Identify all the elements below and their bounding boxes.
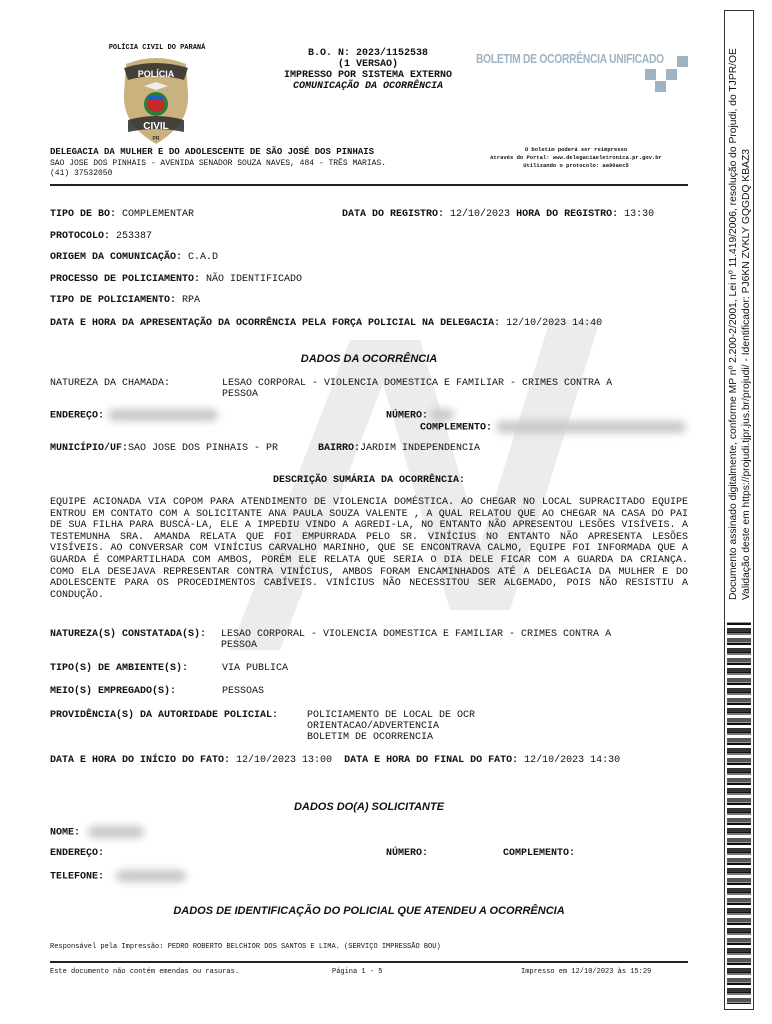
section-title-solicitante: DADOS DO(A) SOLICITANTE <box>50 801 688 813</box>
natureza-constatada-label: NATUREZA(S) CONSTATADA(S): <box>50 629 206 640</box>
tipo-policiamento-row: TIPO DE POLICIAMENTO: RPA <box>50 295 200 306</box>
solicitante-numero-label: NÚMERO: <box>386 848 428 859</box>
printed-by: IMPRESSO POR SISTEMA EXTERNO <box>268 70 468 81</box>
badge-bottom-text: CIVIL <box>143 121 169 132</box>
section-title-ocorrencia: DADOS DA OCORRÊNCIA <box>50 353 688 365</box>
bairro-row: BAIRRO:JARDIM INDEPENDENCIA <box>318 443 480 454</box>
tipo-bo-row: TIPO DE BO: COMPLEMENTAR <box>50 209 194 220</box>
redacted-telefone <box>116 870 186 882</box>
tipo-bo-value: COMPLEMENTAR <box>122 209 194 220</box>
bairro-value: JARDIM INDEPENDENCIA <box>360 443 480 454</box>
bo-version: (1 VERSAO) <box>268 59 468 70</box>
solicitante-endereco-label: ENDEREÇO: <box>50 848 104 859</box>
hora-registro-value: 13:30 <box>624 209 654 220</box>
page-indicator: Página 1 - 5 <box>332 968 382 976</box>
apresentacao-row: DATA E HORA DA APRESENTAÇÃO DA OCORRÊNCI… <box>50 318 602 329</box>
redacted-complemento <box>496 421 686 433</box>
protocolo-row: PROTOCOLO: 253387 <box>50 231 152 242</box>
station-name: DELEGACIA DA MULHER E DO ADOLESCENTE DE … <box>50 147 374 157</box>
fato-row: DATA E HORA DO INÍCIO DO FATO: 12/10/202… <box>50 755 620 766</box>
agency-name: POLÍCIA CIVIL DO PARANÁ <box>98 44 216 52</box>
apresentacao-value: 12/10/2023 14:40 <box>506 318 602 329</box>
origem-value: C.A.D <box>188 252 218 263</box>
header-divider <box>50 184 688 186</box>
signature-validation-link[interactable]: Validação deste em https://projudi.tjpr.… <box>740 10 753 600</box>
providencia-item: POLICIAMENTO DE LOCAL DE OCR <box>307 710 475 721</box>
section-title-policial: DADOS DE IDENTIFICAÇÃO DO POLICIAL QUE A… <box>50 905 688 917</box>
solicitante-complemento-label: COMPLEMENTO: <box>503 848 575 859</box>
barcode-icon <box>727 622 751 1004</box>
ambiente-value: VIA PUBLICA <box>222 663 288 674</box>
origem-row: ORIGEM DA COMUNICAÇÃO: C.A.D <box>50 252 218 263</box>
meio-label: MEIO(S) EMPREGADO(S): <box>50 686 176 697</box>
natureza-constatada-value: LESAO CORPORAL - VIOLENCIA DOMESTICA E F… <box>221 629 611 651</box>
reprint-portal-link[interactable]: Através do Portal: www.delegaciaeletroni… <box>470 154 682 162</box>
bou-logo-text: BOLETIM DE OCORRÊNCIA UNIFICADO <box>476 52 664 66</box>
data-registro-value: 12/10/2023 <box>450 209 510 220</box>
natureza-chamada-label: NATUREZA DA CHAMADA: <box>50 378 170 389</box>
complemento-row: COMPLEMENTO: <box>420 421 686 434</box>
providencias-list: POLICIAMENTO DE LOCAL DE OCR ORIENTACAO/… <box>307 710 475 743</box>
providencia-item: BOLETIM DE OCORRENCIA <box>307 732 475 743</box>
signature-line-1: Documento assinado digitalmente, conform… <box>727 10 740 600</box>
printed-at: Impresso em 12/10/2023 às 15:29 <box>521 968 651 976</box>
responsavel-impressao: Responsável pela Impressão: PEDRO ROBERT… <box>50 943 441 951</box>
redacted-nome <box>88 826 144 838</box>
redacted-numero <box>430 409 454 421</box>
processo-value: NÃO IDENTIFICADO <box>206 274 302 285</box>
tipo-policiamento-value: RPA <box>182 295 200 306</box>
providencias-label: PROVIDÊNCIA(S) DA AUTORIDADE POLICIAL: <box>50 710 278 721</box>
redacted-endereco <box>108 409 218 421</box>
descricao-text: EQUIPE ACIONADA VIA COPOM PARA ATENDIMEN… <box>50 497 688 601</box>
municipio-value: SAO JOSE DOS PINHAIS - PR <box>128 443 278 454</box>
meio-value: PESSOAS <box>222 686 264 697</box>
inicio-value: 12/10/2023 13:00 <box>236 755 332 766</box>
descricao-title: DESCRIÇÃO SUMÁRIA DA OCORRÊNCIA: <box>50 475 688 486</box>
reprint-protocol: Utilizando o protocolo: aa90aec5 <box>470 162 682 170</box>
watermark <box>200 280 620 660</box>
natureza-chamada-value: LESAO CORPORAL - VIOLENCIA DOMESTICA E F… <box>222 378 612 400</box>
final-value: 12/10/2023 14:30 <box>524 755 620 766</box>
reprint-note: O boletim poderá ser reimpresso <box>470 146 682 154</box>
processo-row: PROCESSO DE POLICIAMENTO: NÃO IDENTIFICA… <box>50 274 302 285</box>
solicitante-telefone-row: TELEFONE: <box>50 870 186 883</box>
doc-type: COMUNICAÇÃO DA OCORRÊNCIA <box>268 81 468 92</box>
endereco-row: ENDEREÇO: <box>50 409 218 422</box>
providencia-item: ORIENTACAO/ADVERTENCIA <box>307 721 475 732</box>
solicitante-nome-row: NOME: <box>50 826 144 839</box>
badge-state-text: PR <box>153 136 160 142</box>
ambiente-label: TIPO(S) DE AMBIENTE(S): <box>50 663 188 674</box>
numero-row: NÚMERO: <box>386 409 454 422</box>
badge-top-text: POLÍCIA <box>138 69 175 79</box>
station-address: SAO JOSE DOS PINHAIS - AVENIDA SENADOR S… <box>50 159 386 168</box>
municipio-row: MUNICÍPIO/UF:SAO JOSE DOS PINHAIS - PR <box>50 443 278 454</box>
signature-text: Documento assinado digitalmente, conform… <box>727 10 753 600</box>
protocolo-value: 253387 <box>116 231 152 242</box>
bo-number: B.O. N: 2023/1152538 <box>268 48 468 59</box>
station-phone: (41) 37532050 <box>50 169 112 178</box>
no-amendments-note: Este documento não contém emendas ou ras… <box>50 968 239 976</box>
registro-row: DATA DO REGISTRO: 12/10/2023 HORA DO REG… <box>342 209 654 220</box>
police-badge-icon: POLÍCIA CIVIL PR <box>118 54 194 146</box>
footer-divider <box>50 961 688 963</box>
